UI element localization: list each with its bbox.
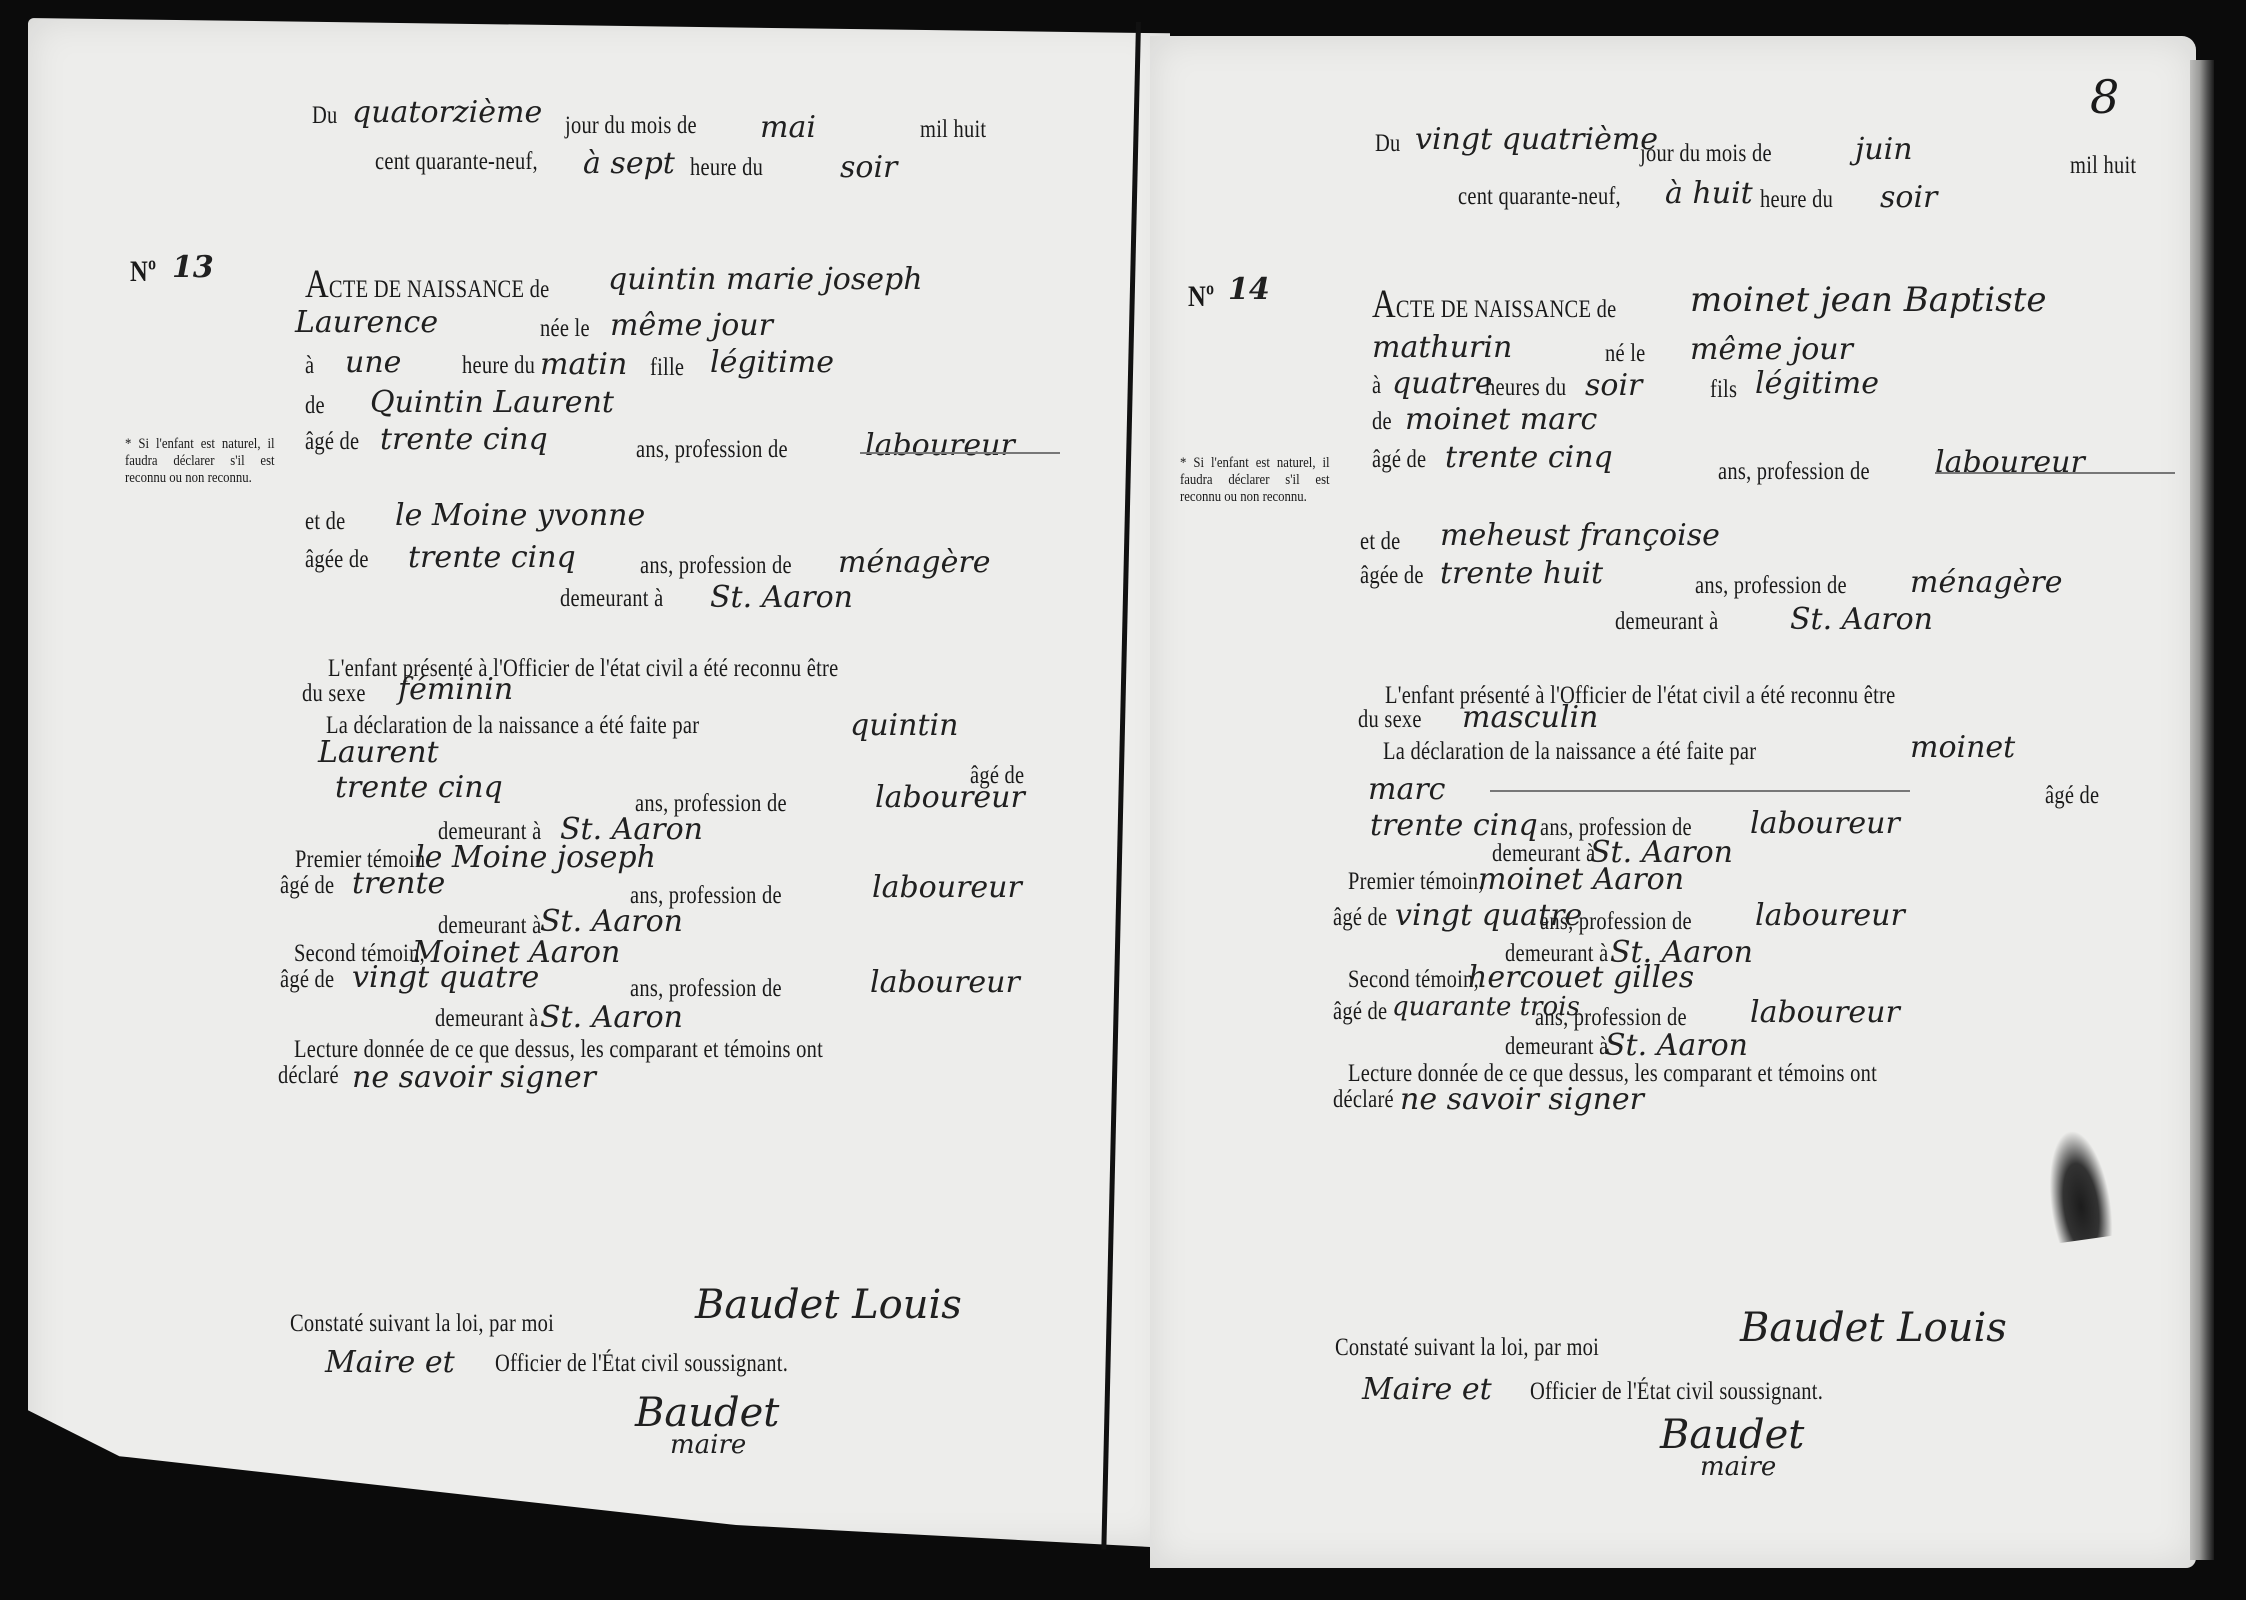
witness2-residence-label: demeurant à xyxy=(1505,1033,1608,1061)
father-de-label: de xyxy=(305,392,325,420)
act-number-label: Nº xyxy=(130,255,156,289)
officer-name: Baudet Louis xyxy=(1740,1305,2007,1351)
mother-profession-label: ans, profession de xyxy=(640,552,792,580)
witness2-age-label: âgé de xyxy=(1333,998,1387,1026)
witness1-residence: St. Aaron xyxy=(540,904,683,939)
witness1-age-label: âgé de xyxy=(280,872,334,900)
act-number: 13 xyxy=(172,250,214,285)
declarant-age: trente cinq xyxy=(1370,808,1538,843)
witness2-residence-label: demeurant à xyxy=(435,1005,538,1033)
header-day: quatorzième xyxy=(352,95,542,130)
declarant-age: trente cinq xyxy=(335,770,503,805)
witness2-age-label: âgé de xyxy=(280,966,334,994)
declaration-text: La déclaration de la naissance a été fai… xyxy=(1383,738,1756,766)
father-age-label: âgé de xyxy=(305,428,359,456)
witness1-profession: laboureur xyxy=(1755,898,1905,933)
father-age: trente cinq xyxy=(1445,440,1613,475)
witness1-name: le Moine joseph xyxy=(415,840,656,875)
officier-text: Officier de l'État civil soussignant. xyxy=(1530,1378,1823,1406)
heure-label: heures du xyxy=(1485,374,1566,402)
mother-name: meheust françoise xyxy=(1440,518,1720,553)
header-year: cent quarante-neuf, xyxy=(1458,183,1621,211)
witness1-name: moinet Aaron xyxy=(1478,862,1684,897)
officer-title: Maire et xyxy=(325,1345,455,1380)
declarant-age-label: âgé de xyxy=(2045,782,2099,810)
header-period: soir xyxy=(1880,180,1937,215)
header-jour-label: jour du mois de xyxy=(565,112,697,140)
sex: féminin xyxy=(398,672,513,707)
declarant-profession: laboureur xyxy=(875,780,1025,815)
header-day: vingt quatrième xyxy=(1415,122,1658,157)
legitimacy: légitime xyxy=(710,345,834,380)
child-name: moinet jean Baptiste xyxy=(1690,280,2047,320)
birth-period: matin xyxy=(540,347,627,382)
folio-number: 8 xyxy=(2090,70,2119,124)
declarant-name-1: moinet xyxy=(1910,730,2015,765)
header-jour-label: jour du mois de xyxy=(1640,140,1772,168)
mother-profession-label: ans, profession de xyxy=(1695,572,1847,600)
sex: masculin xyxy=(1462,700,1598,735)
right-page xyxy=(1150,36,2196,1568)
mother-profession: ménagère xyxy=(1910,565,2062,600)
officer-name: Baudet Louis xyxy=(695,1282,962,1328)
act-title: ACTE DE NAISSANCE de xyxy=(1372,280,1616,327)
witness2-label: Second témoin, xyxy=(1348,966,1479,994)
act-number: 14 xyxy=(1228,272,1270,307)
header-heure-label: heure du xyxy=(1760,186,1833,214)
mother-age: trente cinq xyxy=(408,540,576,575)
declarant-name-1: quintin xyxy=(850,708,958,743)
header-heure-label: heure du xyxy=(690,154,763,182)
witness1-profession: laboureur xyxy=(872,870,1022,905)
witness2-name: hercouet gilles xyxy=(1468,960,1694,995)
child-name-2: mathurin xyxy=(1372,330,1512,365)
fill-line xyxy=(1935,472,2175,474)
father-age: trente cinq xyxy=(380,422,548,457)
fill-line xyxy=(860,452,1060,454)
birth-day: même jour xyxy=(610,308,773,343)
residence-label: demeurant à xyxy=(560,585,663,613)
witness2-profession: laboureur xyxy=(870,965,1020,1000)
child-name: quintin marie joseph xyxy=(608,262,923,297)
mother-age-label: âgée de xyxy=(1360,562,1424,590)
residence: St. Aaron xyxy=(710,580,853,615)
heure-label: heure du xyxy=(462,352,535,380)
child-name-2: Laurence xyxy=(295,305,438,340)
father-profession: laboureur xyxy=(865,428,1015,463)
father-profession-label: ans, profession de xyxy=(1718,458,1870,486)
header-month: mai xyxy=(760,110,816,145)
mayor-signature-title: maire xyxy=(670,1430,746,1460)
page-edge-stack xyxy=(2190,60,2214,1560)
ne-le-label: né le xyxy=(1605,340,1646,368)
mother-name: le Moine yvonne xyxy=(395,498,645,533)
header-period: soir xyxy=(840,150,897,185)
declare-value: ne savoir signer xyxy=(1400,1082,1644,1117)
fils-label: fils xyxy=(1710,376,1737,404)
a-label: à xyxy=(1372,372,1381,400)
witness1-age: trente xyxy=(352,866,445,901)
witness1-profession-label: ans, profession de xyxy=(1540,908,1692,936)
birth-period: soir xyxy=(1585,368,1642,403)
witness1-label: Premier témoin, xyxy=(1348,868,1484,896)
officier-text: Officier de l'État civil soussignant. xyxy=(495,1350,788,1378)
declarant-name-2: marc xyxy=(1368,772,1445,807)
mother-age: trente huit xyxy=(1440,556,1603,591)
mother-et-de-label: et de xyxy=(305,508,346,536)
sexe-label: du sexe xyxy=(302,680,366,708)
father-name: Quintin Laurent xyxy=(370,385,614,420)
footnote: * Si l'enfant est naturel, il faudra déc… xyxy=(125,436,275,487)
witness2-profession-label: ans, profession de xyxy=(630,975,782,1003)
father-profession-label: ans, profession de xyxy=(636,436,788,464)
sexe-label: du sexe xyxy=(1358,706,1422,734)
header-month: juin xyxy=(1855,132,1913,167)
birth-day: même jour xyxy=(1690,332,1853,367)
header-hour: à sept xyxy=(583,146,675,181)
constate-text: Constaté suivant la loi, par moi xyxy=(290,1310,554,1338)
header-du: Du xyxy=(1375,130,1401,158)
birth-hour: quatre xyxy=(1392,366,1493,401)
header-mil-huit: mil huit xyxy=(2070,152,2136,180)
father-age-label: âgé de xyxy=(1372,446,1426,474)
witness2-residence: St. Aaron xyxy=(540,1000,683,1035)
father-name: moinet marc xyxy=(1405,402,1597,437)
constate-text: Constaté suivant la loi, par moi xyxy=(1335,1334,1599,1362)
header-year: cent quarante-neuf, xyxy=(375,148,538,176)
fill-line xyxy=(1490,790,1910,792)
declarant-profession: laboureur xyxy=(1750,806,1900,841)
act-number-label: Nº xyxy=(1188,280,1214,314)
header-hour: à huit xyxy=(1665,176,1753,211)
fils-label: fille xyxy=(650,354,684,382)
witness2-residence: St. Aaron xyxy=(1605,1028,1748,1063)
witness2-age: vingt quatre xyxy=(352,960,539,995)
father-profession: laboureur xyxy=(1935,445,2085,480)
birth-hour: une xyxy=(345,345,401,380)
mayor-signature-title: maire xyxy=(1700,1452,1776,1482)
header-mil-huit: mil huit xyxy=(920,116,986,144)
declarant-name-2: Laurent xyxy=(318,735,439,770)
act-title: ACTE DE NAISSANCE de xyxy=(305,260,549,307)
a-label: à xyxy=(305,352,314,380)
residence-label: demeurant à xyxy=(1615,608,1718,636)
witness2-profession: laboureur xyxy=(1750,995,1900,1030)
declare-value: ne savoir signer xyxy=(352,1060,596,1095)
mother-et-de-label: et de xyxy=(1360,528,1401,556)
declare-label: déclaré xyxy=(278,1062,339,1090)
residence: St. Aaron xyxy=(1790,602,1933,637)
mother-age-label: âgée de xyxy=(305,546,369,574)
declare-label: déclaré xyxy=(1333,1086,1394,1114)
ne-le-label: née le xyxy=(540,315,590,343)
mother-profession: ménagère xyxy=(838,545,990,580)
legitimacy: légitime xyxy=(1755,366,1879,401)
father-de-label: de xyxy=(1372,408,1392,436)
witness1-age-label: âgé de xyxy=(1333,904,1387,932)
officer-title: Maire et xyxy=(1362,1372,1492,1407)
header-du: Du xyxy=(312,102,338,130)
footnote: * Si l'enfant est naturel, il faudra déc… xyxy=(1180,455,1330,506)
